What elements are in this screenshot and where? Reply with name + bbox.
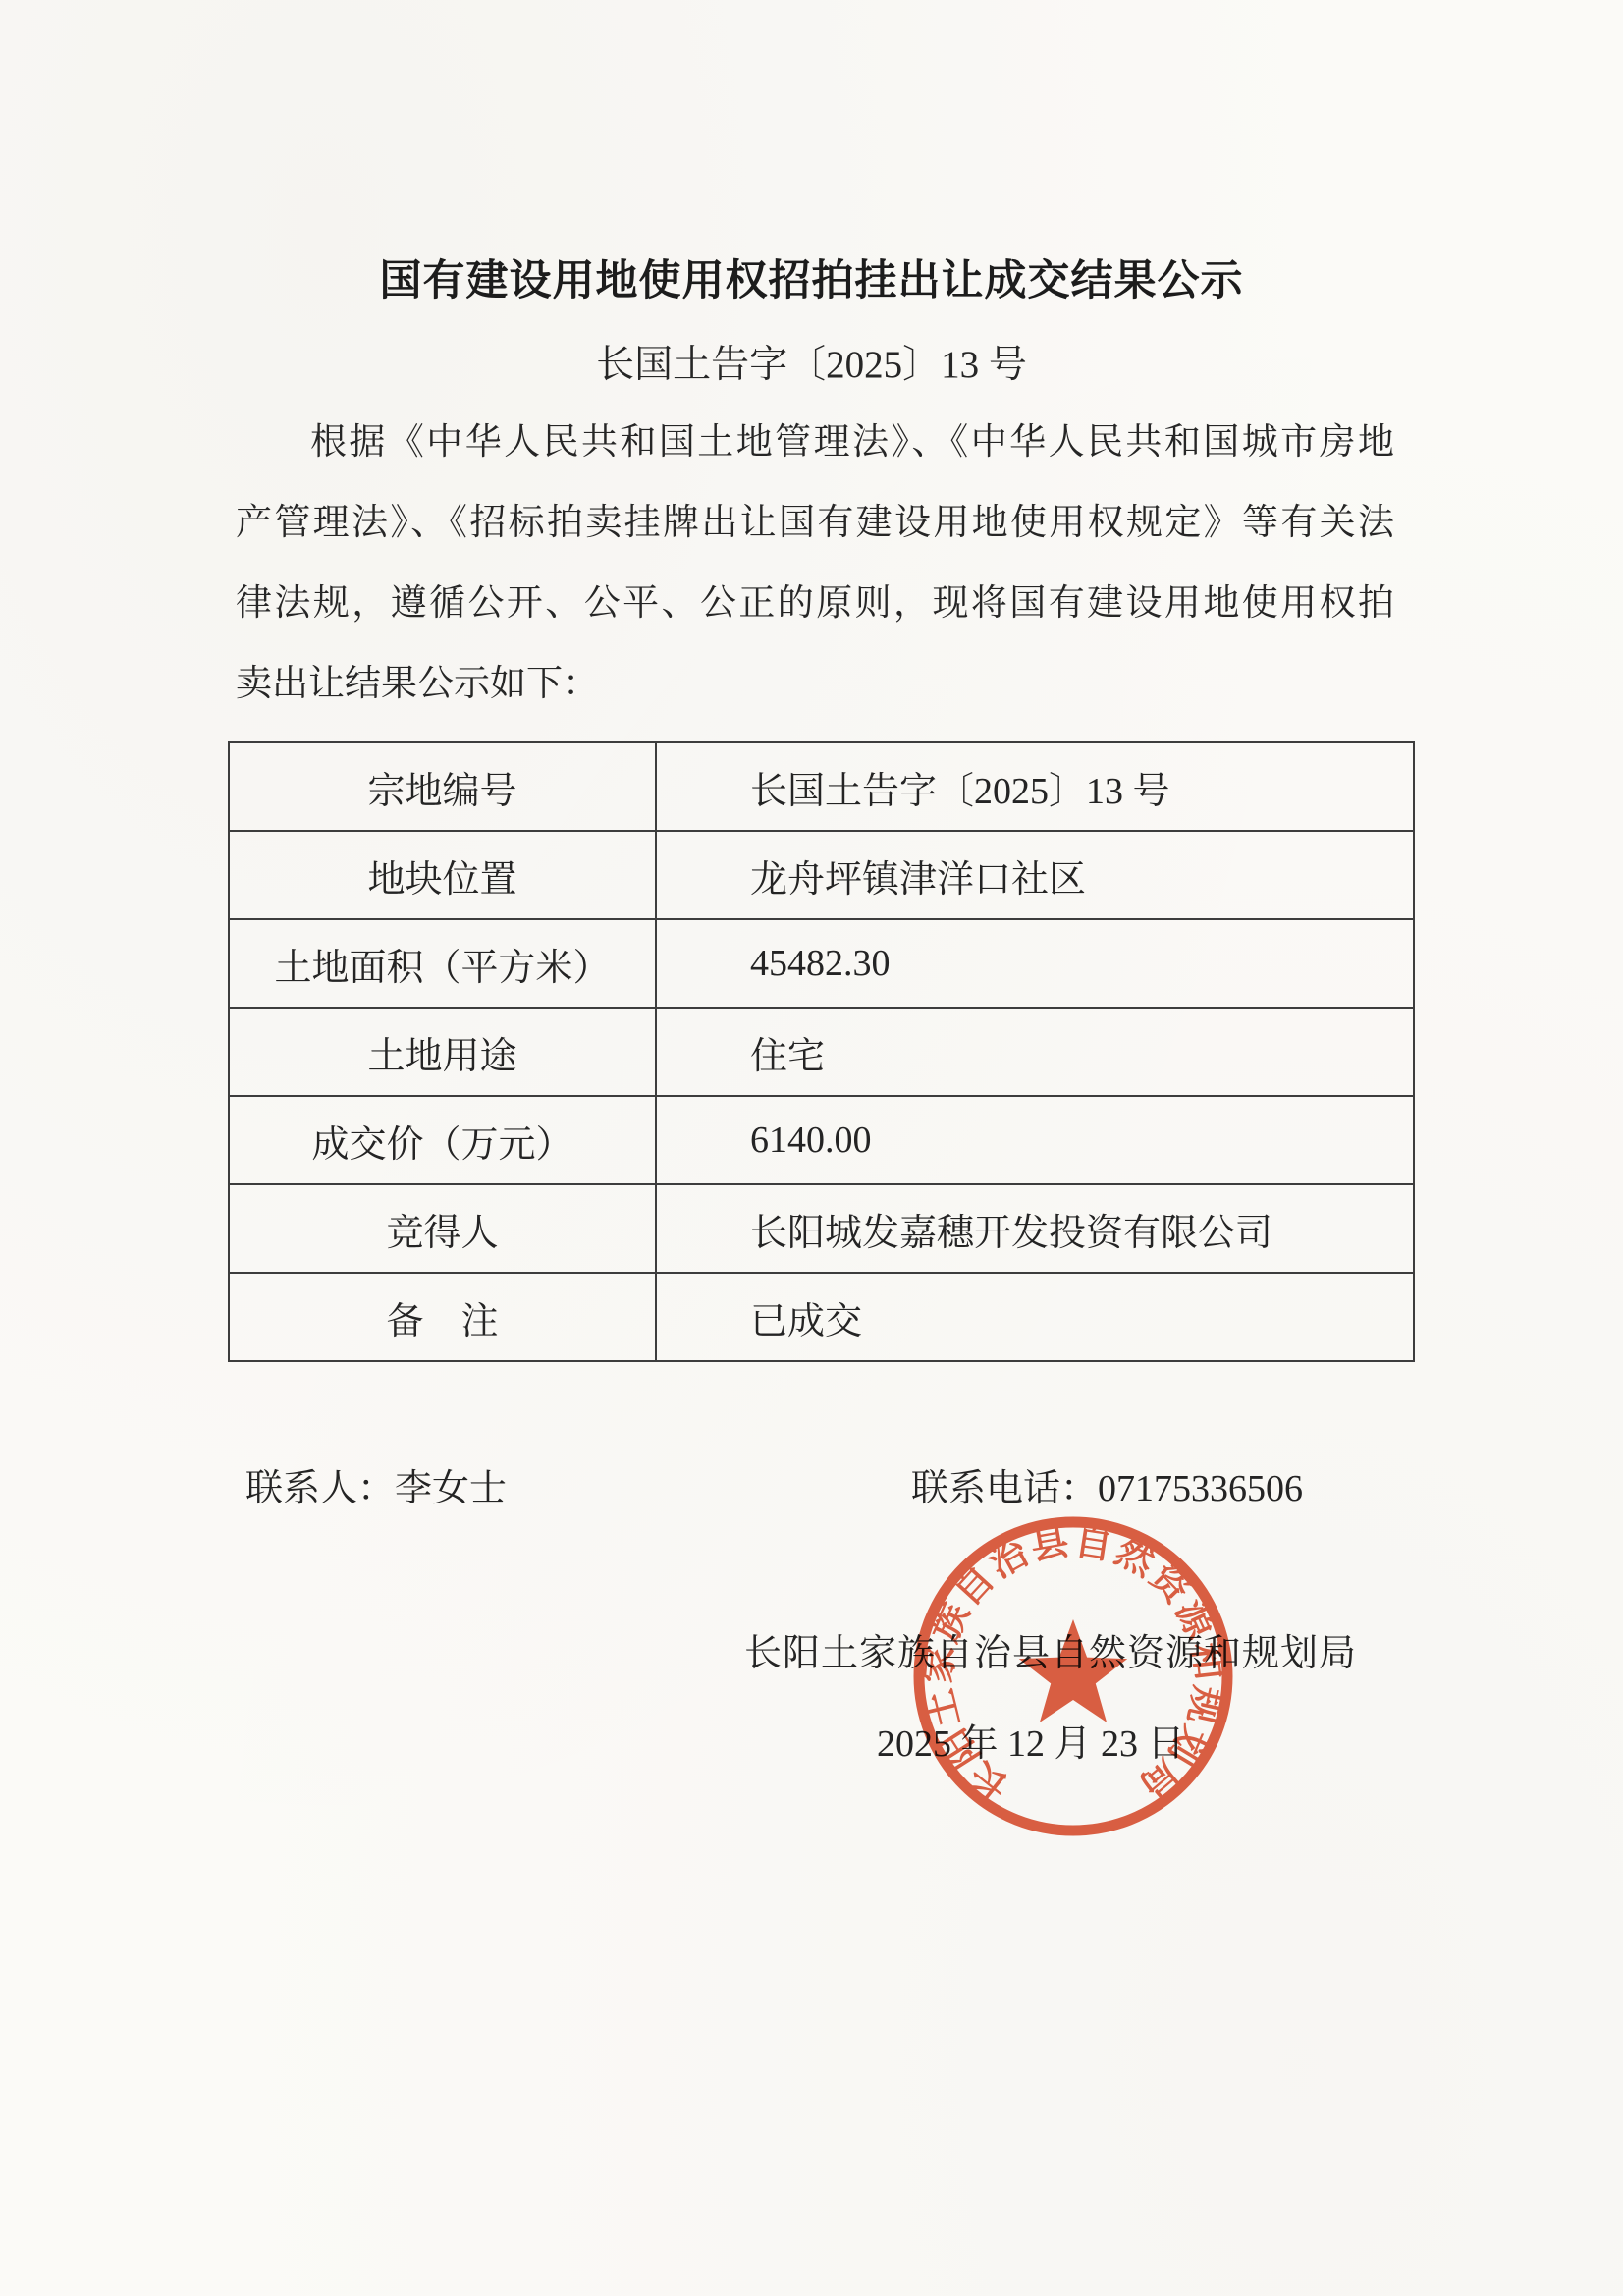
body-line: 卖出让结果公示如下： — [236, 654, 1394, 735]
document-number: 长国土告字〔2025〕13 号 — [0, 334, 1623, 389]
results-table: 宗地编号长国土告字〔2025〕13 号地块位置龙舟坪镇津洋口社区土地面积（平方米… — [228, 741, 1415, 1362]
row-value: 45482.30 — [657, 920, 1413, 1007]
row-value: 龙舟坪镇津洋口社区 — [657, 832, 1413, 918]
row-value: 长阳城发嘉穗开发投资有限公司 — [657, 1185, 1413, 1272]
row-label: 土地面积（平方米） — [230, 920, 657, 1007]
table-row: 竞得人长阳城发嘉穗开发投资有限公司 — [230, 1183, 1413, 1272]
scanned-document-page: 国有建设用地使用权招拍挂出让成交结果公示 长国土告字〔2025〕13 号 根据《… — [0, 0, 1623, 2296]
row-label: 竞得人 — [230, 1185, 657, 1272]
row-label: 备 注 — [230, 1274, 657, 1360]
row-label: 宗地编号 — [230, 743, 657, 830]
table-row: 土地用途住宅 — [230, 1007, 1413, 1095]
body-line: 产管理法》、《招标拍卖挂牌出让国有建设用地使用权规定》等有关法 — [236, 493, 1394, 574]
contact-phone: 联系电话：07175336506 — [911, 1457, 1303, 1511]
body-paragraph: 根据《中华人民共和国土地管理法》、《中华人民共和国城市房地产管理法》、《招标拍卖… — [236, 412, 1394, 735]
issue-date: 2025 年 12 月 23 日 — [877, 1713, 1185, 1767]
seal-ring — [919, 1522, 1227, 1831]
row-label: 地块位置 — [230, 832, 657, 918]
table-row: 土地面积（平方米）45482.30 — [230, 918, 1413, 1007]
body-line: 律法规，遵循公开、公平、公正的原则，现将国有建设用地使用权拍 — [236, 574, 1394, 654]
table-row: 备 注已成交 — [230, 1272, 1413, 1360]
row-label: 土地用途 — [230, 1009, 657, 1095]
row-value: 6140.00 — [657, 1097, 1413, 1183]
row-value: 住宅 — [657, 1009, 1413, 1095]
row-label: 成交价（万元） — [230, 1097, 657, 1183]
row-value: 长国土告字〔2025〕13 号 — [657, 743, 1413, 830]
body-line: 根据《中华人民共和国土地管理法》、《中华人民共和国城市房地 — [236, 412, 1394, 493]
official-seal: 长阳土家族自治县自然资源和规划局 — [906, 1509, 1240, 1843]
table-row: 地块位置龙舟坪镇津洋口社区 — [230, 830, 1413, 918]
contact-line: 联系人：李女士 联系电话：07175336506 — [0, 1457, 1623, 1503]
row-value: 已成交 — [657, 1274, 1413, 1360]
contact-person: 联系人：李女士 — [245, 1457, 507, 1511]
issuer-name: 长阳土家族自治县自然资源和规划局 — [744, 1622, 1357, 1676]
document-title: 国有建设用地使用权招拍挂出让成交结果公示 — [0, 247, 1623, 307]
table-row: 宗地编号长国土告字〔2025〕13 号 — [230, 743, 1413, 830]
table-row: 成交价（万元）6140.00 — [230, 1095, 1413, 1183]
